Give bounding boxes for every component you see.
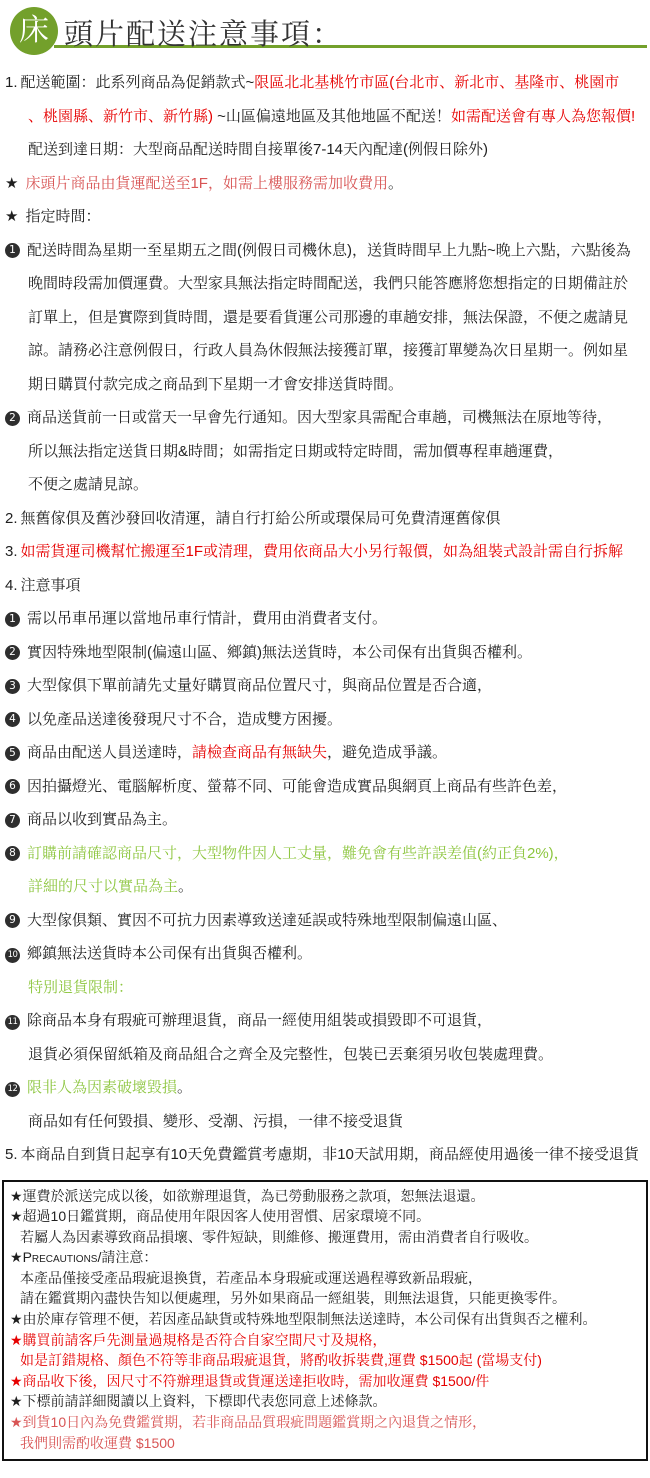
notice-line: 4以免產品送達後發現尺寸不合，造成雙方困擾。 — [5, 703, 650, 737]
text-segment: 床頭片商品由貨運配送至1F，如需上樓服務需加收費用 — [25, 175, 388, 192]
policy-line: ★超過10日鑑賞期，商品使用年限因客人使用習慣、居家環境不同。 — [10, 1206, 642, 1227]
policy-line: 我們則需酌收運費 $1500 — [10, 1433, 642, 1454]
circled-number-icon: 2 — [5, 411, 20, 426]
text-segment: 以免產品送達後發現尺寸不合，造成雙方困擾。 — [27, 711, 342, 728]
policy-line: 請在鑑賞期內盡快告知以便處理，另外如果商品一經組裝，則無法退貨，只能更換零件。 — [10, 1288, 642, 1309]
text-segment: 鄉鎮無法送貨時本公司保有出貨與否權利。 — [27, 945, 312, 962]
notice-line: 1配送時間為星期一至星期五之間(例假日司機休息)，送貨時間早上九點~晚上六點，六… — [5, 234, 650, 268]
text-segment: 晚間時段需加價運費。大型家具無法指定時間配送，我們只能答應將您想指定的日期備註於 — [28, 275, 628, 292]
text-segment: 本產品僅接受產品瑕疵退換貨，若產品本身瑕疵或運送過程導致新品瑕疵， — [20, 1270, 482, 1286]
text-segment: 訂購前請確認商品尺寸，大型物件因人工丈量，難免會有些許誤差值(約正負2%)， — [27, 845, 569, 862]
notice-line: 4.注意事項 — [5, 569, 650, 603]
text-segment: 。 — [177, 1079, 192, 1096]
page-header: 床 頭片配送注意事項： — [0, 0, 650, 62]
text-segment: 實因特殊地型限制(偏遠山區、鄉鎮)無法送貨時，本公司保有出貨與否權利。 — [27, 644, 532, 661]
notice-line: 3大型傢俱下單前請先丈量好購買商品位置尺寸，與商品位置是否合適， — [5, 669, 650, 703]
notice-line: 2實因特殊地型限制(偏遠山區、鄉鎮)無法送貨時，本公司保有出貨與否權利。 — [5, 636, 650, 670]
text-segment: 除商品本身有瑕疵可辦理退貨，商品一經使用組裝或損毀即不可退貨， — [27, 1012, 492, 1029]
text-segment: 請在鑑賞期內盡快告知以便處理，另外如果商品一經組裝，則無法退貨，只能更換零件。 — [20, 1290, 566, 1306]
text-segment: 注意事項 — [21, 577, 81, 594]
text-segment: ★商品收下後，因尺寸不符辦理退貨或貨運送達拒收時，需加收運費 $1500/件 — [10, 1373, 489, 1389]
text-segment: 如是訂錯規格、顏色不符等非商品瑕疵退貨，將酌收拆裝費,運費 $1500起 (當場… — [20, 1352, 542, 1368]
policy-line: 如是訂錯規格、顏色不符等非商品瑕疵退貨，將酌收拆裝費,運費 $1500起 (當場… — [10, 1350, 642, 1371]
text-segment: 商品送貨前一日或當天一早會先行通知。因大型家具需配合車趟，司機無法在原地等待， — [27, 409, 612, 426]
policy-line: ★Precautions/請注意： — [10, 1247, 642, 1268]
text-segment: Precautions — [23, 1249, 98, 1265]
text-segment: ★運費於派送完成以後，如欲辦理退貨，為已勞動服務之款項，恕無法退還。 — [10, 1188, 485, 1204]
notice-line: 2商品送貨前一日或當天一早會先行通知。因大型家具需配合車趟，司機無法在原地等待， — [5, 401, 650, 435]
item-marker: 4. — [5, 577, 18, 594]
notice-line: 3.如需貨運司機幫忙搬運至1F或清理，費用依商品大小另行報價，如為組裝式設計需自… — [5, 535, 650, 569]
text-segment: 配送到達日期：大型商品配送時間自接單後7-14天內配達(例假日除外) — [28, 141, 488, 158]
text-segment: 無舊傢俱及舊沙發回收清運，請自行打給公所或環保局可免費清運舊傢俱 — [21, 510, 501, 527]
text-segment: ★由於庫存管理不便，若因產品缺貨或特殊地型限制無法送達時，本公司保有出貨與否之權… — [10, 1311, 597, 1327]
circled-number-icon: 11 — [5, 1015, 20, 1030]
item-marker: 2. — [5, 510, 18, 527]
policy-line: ★購買前請客戶先測量過規格是否符合自家空間尺寸及規格， — [10, 1330, 642, 1351]
text-segment: 本商品自到貨日起享有10天免費鑑賞考慮期，非10天試用期，商品經使用過後一律不接… — [21, 1146, 639, 1163]
item-marker: 5. — [5, 1146, 18, 1163]
text-segment: 大型傢俱下單前請先丈量好購買商品位置尺寸，與商品位置是否合適， — [27, 677, 492, 694]
circled-number-icon: 1 — [5, 612, 20, 627]
policy-line: 若屬人為因素導致商品損壞、零件短缺，則維修、搬運費用，需由消費者自行吸收。 — [10, 1227, 642, 1248]
text-segment: ★ — [10, 1393, 23, 1409]
text-segment: 如需配送會有專人為您報價! — [451, 108, 635, 125]
text-segment: 商品由配送人員送達時， — [27, 744, 192, 761]
notice-line: 5商品由配送人員送達時，請檢查商品有無缺失，避免造成爭議。 — [5, 736, 650, 770]
text-segment: 配送時間為星期一至星期五之間(例假日司機休息)，送貨時間早上九點~晚上六點，六點… — [27, 242, 631, 259]
text-segment: 需以吊車吊運以當地吊車行情計，費用由消費者支付。 — [27, 610, 387, 627]
notice-line: 詳細的尺寸以實品為主。 — [5, 870, 650, 904]
text-segment: 諒。請務必注意例假日，行政人員為休假無法接獲訂單，接獲訂單變為次日星期一。例如星 — [28, 342, 628, 359]
text-segment: 限非人為因素破壞毀損 — [27, 1079, 177, 1096]
notice-line: 1.配送範圍：此系列商品為促銷款式~限區北北基桃竹市區(台北市、新北市、基隆市、… — [5, 66, 650, 100]
text-segment: ★到貨10日內為免費鑑賞期，若非商品品質瑕疵問題鑑賞期之內退貨之情形， — [10, 1414, 486, 1430]
notice-line: 2.無舊傢俱及舊沙發回收清運，請自行打給公所或環保局可免費清運舊傢俱 — [5, 502, 650, 536]
circled-number-icon: 3 — [5, 679, 20, 694]
text-segment: ★ — [10, 1249, 23, 1265]
notice-line: 期日購買付款完成之商品到下星期一才會安排送貨時間。 — [5, 368, 650, 402]
text-segment: 詳細的尺寸以實品為主 — [28, 878, 178, 895]
notice-line: 、桃園縣、新竹市、新竹縣) ~山區偏遠地區及其他地區不配送！如需配送會有專人為您… — [5, 100, 650, 134]
notice-list: 1.配送範圍：此系列商品為促銷款式~限區北北基桃竹市區(台北市、新北市、基隆市、… — [0, 62, 650, 1172]
text-segment: 商品如有任何毀損、變形、受潮、污損，一律不接受退貨 — [28, 1113, 403, 1130]
notice-line: 8訂購前請確認商品尺寸，大型物件因人工丈量，難免會有些許誤差值(約正負2%)， — [5, 837, 650, 871]
notice-line: 9大型傢俱類、實因不可抗力因素導致送達延誤或特殊地型限制偏遠山區、 — [5, 904, 650, 938]
notice-line: 退貨必須保留紙箱及商品組合之齊全及完整性，包裝已丟棄須另收包裝處理費。 — [5, 1038, 650, 1072]
circled-number-icon: 9 — [5, 913, 20, 928]
notice-line: 不便之處請見諒。 — [5, 468, 650, 502]
policy-box: ★運費於派送完成以後，如欲辦理退貨，為已勞動服務之款項，恕無法退還。★超過10日… — [2, 1180, 648, 1462]
policy-line: ★商品收下後，因尺寸不符辦理退貨或貨運送達拒收時，需加收運費 $1500/件 — [10, 1371, 642, 1392]
notice-line: 7商品以收到實品為主。 — [5, 803, 650, 837]
text-segment: 請檢查商品有無缺失 — [192, 744, 327, 761]
notice-line: 11除商品本身有瑕疵可辦理退貨，商品一經使用組裝或損毀即不可退貨， — [5, 1004, 650, 1038]
notice-line: 6因拍攝燈光、電腦解析度、螢幕不同、可能會造成實品與網頁上商品有些許色差， — [5, 770, 650, 804]
notice-line: 晚間時段需加價運費。大型家具無法指定時間配送，我們只能答應將您想指定的日期備註於 — [5, 267, 650, 301]
text-segment: 。 — [388, 175, 403, 192]
text-segment: 。 — [178, 878, 193, 895]
text-segment: 指定時間： — [25, 208, 100, 225]
bed-badge-icon: 床 — [10, 7, 58, 55]
text-segment: 特別退貨限制： — [28, 979, 133, 996]
circled-number-icon: 10 — [5, 948, 20, 963]
circled-number-icon: 7 — [5, 813, 20, 828]
text-segment: ★超過10日鑑賞期，商品使用年限因客人使用習慣、居家環境不同。 — [10, 1208, 430, 1224]
text-segment: 下標前請詳細閱讀以上資料，下標即代表您同意上述條款。 — [23, 1393, 387, 1409]
text-segment: 商品以收到實品為主。 — [27, 811, 177, 828]
text-segment: 退貨必須保留紙箱及商品組合之齊全及完整性，包裝已丟棄須另收包裝處理費。 — [28, 1046, 553, 1063]
notice-line: ★床頭片商品由貨運配送至1F，如需上樓服務需加收費用。 — [5, 167, 650, 201]
text-segment: 限區北北基桃竹市區(台北市、新北市、基隆市、桃園市 — [254, 74, 619, 91]
circled-number-icon: 1 — [5, 243, 20, 258]
item-marker: 3. — [5, 543, 18, 560]
item-marker: 1. — [5, 74, 18, 91]
star-icon: ★ — [5, 208, 18, 225]
text-segment: 大型傢俱類、實因不可抗力因素導致送達延誤或特殊地型限制偏遠山區、 — [27, 912, 507, 929]
notice-line: 所以無法指定送貨日期&時間；如需指定日期或特定時間，需加價專程車趟運費， — [5, 435, 650, 469]
policy-line: ★下標前請詳細閱讀以上資料，下標即代表您同意上述條款。 — [10, 1391, 642, 1412]
policy-line: ★由於庫存管理不便，若因產品缺貨或特殊地型限制無法送達時，本公司保有出貨與否之權… — [10, 1309, 642, 1330]
page-title: 頭片配送注意事項： — [64, 12, 343, 53]
notice-line: 配送到達日期：大型商品配送時間自接單後7-14天內配達(例假日除外) — [5, 133, 650, 167]
text-segment: 如需貨運司機幫忙搬運至1F或清理，費用依商品大小另行報價，如為組裝式設計需自行拆… — [21, 543, 624, 560]
notice-line: 商品如有任何毀損、變形、受潮、污損，一律不接受退貨 — [5, 1105, 650, 1139]
text-segment: 期日購買付款完成之商品到下星期一才會安排送貨時間。 — [28, 376, 403, 393]
text-segment: 我們則需酌收運費 $1500 — [20, 1435, 175, 1451]
notice-line: 諒。請務必注意例假日，行政人員為休假無法接獲訂單，接獲訂單變為次日星期一。例如星 — [5, 334, 650, 368]
circled-number-icon: 12 — [5, 1082, 20, 1097]
text-segment: 、桃園縣、新竹市、新竹縣) — [28, 108, 217, 125]
text-segment: 若屬人為因素導致商品損壞、零件短缺，則維修、搬運費用，需由消費者自行吸收。 — [20, 1229, 538, 1245]
text-segment: 因拍攝燈光、電腦解析度、螢幕不同、可能會造成實品與網頁上商品有些許色差， — [27, 778, 567, 795]
text-segment: ★購買前請客戶先測量過規格是否符合自家空間尺寸及規格， — [10, 1332, 387, 1348]
text-segment: 訂單上，但是實際到貨時間，還是要看貨運公司那邊的車趟安排，無法保證，不便之處請見 — [28, 309, 628, 326]
notice-line: 特別退貨限制： — [5, 971, 650, 1005]
notice-line: 1需以吊車吊運以當地吊車行情計，費用由消費者支付。 — [5, 602, 650, 636]
circled-number-icon: 2 — [5, 645, 20, 660]
text-segment: ，避免造成爭議。 — [327, 744, 447, 761]
star-icon: ★ — [5, 175, 18, 192]
text-segment: ~山區偏遠地區及其他地區不配送！ — [217, 108, 451, 125]
notice-line: 5.本商品自到貨日起享有10天免費鑑賞考慮期，非10天試用期，商品經使用過後一律… — [5, 1138, 650, 1172]
text-segment: 不便之處請見諒。 — [28, 476, 148, 493]
text-segment: 配送範圍：此系列商品為促銷款式~ — [21, 74, 255, 91]
text-segment: 所以無法指定送貨日期&時間；如需指定日期或特定時間，需加價專程車趟運費， — [28, 443, 563, 460]
circled-number-icon: 8 — [5, 846, 20, 861]
text-segment: /請注意： — [97, 1249, 157, 1265]
page: { "colors": { "accent_green": "#73a02b",… — [0, 0, 650, 1478]
policy-line: ★運費於派送完成以後，如欲辦理退貨，為已勞動服務之款項，恕無法退還。 — [10, 1186, 642, 1207]
notice-line: 訂單上，但是實際到貨時間，還是要看貨運公司那邊的車趟安排，無法保證，不便之處請見 — [5, 301, 650, 335]
notice-line: 10鄉鎮無法送貨時本公司保有出貨與否權利。 — [5, 937, 650, 971]
circled-number-icon: 5 — [5, 746, 20, 761]
policy-line: 本產品僅接受產品瑕疵退換貨，若產品本身瑕疵或運送過程導致新品瑕疵， — [10, 1268, 642, 1289]
circled-number-icon: 4 — [5, 712, 20, 727]
circled-number-icon: 6 — [5, 779, 20, 794]
policy-line: ★到貨10日內為免費鑑賞期，若非商品品質瑕疵問題鑑賞期之內退貨之情形， — [10, 1412, 642, 1433]
notice-line: 12限非人為因素破壞毀損。 — [5, 1071, 650, 1105]
notice-line: ★指定時間： — [5, 200, 650, 234]
